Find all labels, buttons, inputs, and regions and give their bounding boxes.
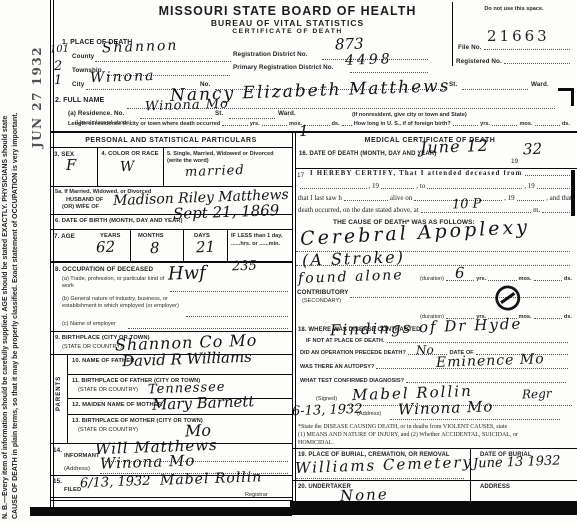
blank-line — [534, 317, 562, 319]
alive-on-label: alive on — [390, 194, 412, 202]
undertaker-address-label: ADDRESS — [480, 484, 510, 490]
county-value: Shannon — [102, 39, 179, 56]
marital-value: married — [185, 164, 245, 179]
date-of-death-label: 16. DATE OF DEATH (MONTH, DAY AND YEAR) — [299, 151, 436, 157]
county-label: County — [72, 53, 94, 60]
father-value: David R Williams — [122, 350, 252, 370]
margin-mark-township: 2 — [54, 60, 63, 73]
informant-no: 14. — [53, 447, 62, 454]
scan-artifact-bar-left — [30, 507, 292, 516]
blank-line — [296, 477, 464, 479]
scan-artifact — [571, 88, 574, 106]
mother-birthplace-state-label: (STATE OR COUNTRY) — [78, 427, 138, 433]
blank-line — [453, 124, 478, 126]
occupation-a-label: (a) Trade, profession, or particular kin… — [62, 276, 170, 291]
header-divider — [452, 2, 453, 66]
parents-label: PARENTS — [56, 381, 62, 411]
last-saw-label: that I last saw h — [298, 194, 342, 202]
blank-line — [350, 296, 570, 298]
marital-label: 5. Single, Married, Widowed or Divorced … — [167, 151, 289, 164]
file-no-label: File No. — [458, 44, 482, 51]
rule — [50, 229, 292, 230]
city-label: City — [72, 81, 84, 88]
howlong-label: How long in U. S., if of foreign birth? — [354, 121, 451, 127]
date-of-death-value: June 12 — [420, 138, 489, 156]
rule — [50, 186, 292, 187]
form-title: MISSOURI STATE BOARD OF HEALTH — [120, 4, 455, 18]
blank-line — [484, 48, 570, 50]
rule — [67, 414, 292, 415]
physician-title: Regr — [522, 387, 552, 400]
scan-artifact — [571, 170, 575, 216]
ds-label: ds. — [562, 121, 570, 127]
footnote-line-2: (1) MEANS AND NATURE OF INJURY, and (2) … — [298, 432, 518, 438]
filed-no: 15. — [53, 478, 62, 485]
form-certificate: CERTIFICATE OF DEATH — [120, 28, 455, 35]
footnote-line-3: HOMICIDAL. — [298, 440, 334, 446]
blank-line — [344, 199, 388, 201]
cell-divider — [227, 229, 228, 262]
length-label: Length of residence in city or town wher… — [68, 121, 220, 127]
mother-birthplace-label: 13. BIRTHPLACE OF MOTHER (CITY OR TOWN) — [72, 418, 203, 424]
rule — [295, 168, 577, 169]
blank-line — [462, 88, 528, 90]
informant-address-value: Winona Mo — [100, 453, 196, 471]
reg-district-label: Registration District No. — [233, 51, 308, 58]
autopsy-value: Eminence Mo — [436, 352, 545, 370]
occupation-heading: 8. OCCUPATION OF DECEASED — [55, 266, 153, 273]
death-certificate-scan: N. B.—Every item of information should b… — [0, 0, 577, 524]
blank-line — [262, 124, 287, 126]
certify-no: 17 — [297, 172, 304, 179]
filed-date-value: 6/13, 1932 — [80, 475, 151, 490]
blank-line — [390, 418, 560, 420]
operation-value: No — [416, 344, 434, 357]
where-contracted-row-2: IF NOT AT PLACE OF DEATH. — [306, 338, 570, 344]
nonresident-note: (If nonresident, give city or town and S… — [352, 112, 467, 118]
file-no-row: File No. — [458, 44, 572, 51]
informant-address-label: (Address) — [64, 466, 90, 472]
occupation-a-value: Hwf — [168, 264, 206, 283]
rule — [67, 374, 292, 375]
yrs-label: yrs. — [476, 276, 486, 282]
printed-19: , 19 — [504, 194, 515, 202]
city-value: Winona — [90, 69, 156, 85]
margin-note-1: N. B.—Every item of information should b… — [2, 116, 9, 519]
blank-line — [95, 60, 231, 62]
mos-label: mos. — [519, 121, 532, 127]
registered-no-label: Registered No. — [456, 58, 502, 65]
personal-heading: PERSONAL AND STATISTICAL PARTICULARS — [50, 137, 292, 144]
signed-label: (Signed) — [316, 396, 337, 402]
spouse-label-2: HUSBAND OF — [66, 197, 103, 203]
blank-line — [492, 124, 517, 126]
file-number-stamp: 21663 — [487, 27, 550, 45]
certify-line-3: that I last saw h alive on , 19 , and th… — [298, 194, 572, 202]
margin-note-2: CAUSE OF DEATH in plain terms, so that i… — [12, 113, 19, 519]
do-not-use-note: Do not use this space. — [458, 6, 570, 12]
printed-19: , 19 — [524, 182, 535, 190]
contributory-label: CONTRIBUTORY — [297, 289, 349, 296]
blank-line — [381, 187, 414, 189]
blank-line — [140, 117, 212, 119]
city-ward-label: Ward. — [531, 81, 549, 88]
footnote-line-1: *State the DISEASE CAUSING DEATH, or in … — [298, 424, 507, 430]
cell-divider — [130, 229, 131, 262]
age-less-label: IF LESS than 1 day, ......hrs. or ......… — [231, 233, 290, 249]
secondary-label: (SECONDARY) — [302, 298, 341, 304]
color-race-value: W — [120, 160, 135, 174]
to-label: , to — [416, 182, 425, 190]
blank-line — [350, 71, 428, 73]
cell-divider — [97, 147, 98, 186]
birthplace-state-label: (STATE OR COUNTRY) — [62, 344, 122, 350]
rule — [50, 500, 292, 501]
section-divider — [50, 131, 577, 133]
certify-line-4: death occurred, on the date stated above… — [298, 206, 572, 214]
spouse-label-3: (OR) WIFE OF — [62, 204, 99, 210]
filed-label: FILED — [64, 487, 81, 493]
occupation-b-label: (b) General nature of industry, business… — [62, 296, 180, 311]
mother-label: 12. MAIDEN NAME OF MOTHER — [72, 402, 162, 408]
blank-line — [504, 62, 570, 64]
date-stamp: JUN 27 1932 — [30, 46, 44, 148]
rule — [292, 480, 577, 481]
blank-line — [128, 327, 288, 329]
column-divider — [292, 133, 293, 501]
test-label: WHAT TEST CONFIRMED DIAGNOSIS? — [300, 378, 404, 384]
full-name-label: 2. FULL NAME — [55, 97, 104, 104]
blank-line — [537, 187, 570, 189]
blank-line — [427, 187, 522, 189]
sex-value: F — [66, 158, 77, 173]
where-contracted-label-2: IF NOT AT PLACE OF DEATH. — [306, 338, 385, 344]
and-that-label: , and that — [546, 194, 572, 202]
blank-line — [186, 315, 288, 317]
reg-district-value: 873 — [335, 37, 364, 53]
registered-no-row: Registered No. — [456, 58, 572, 65]
death-occurred-label: death occurred, on the date stated above… — [298, 206, 419, 214]
blank-line — [387, 341, 568, 343]
blank-line — [296, 264, 570, 266]
cell-divider — [163, 147, 164, 186]
form-bureau: BUREAU OF VITAL STATISTICS — [120, 18, 455, 28]
form-border — [50, 0, 51, 507]
occupation-c-label: (c) Name of employer — [62, 321, 116, 327]
blank-line — [222, 124, 247, 126]
signed-address-value: Winona Mo — [398, 399, 494, 417]
dob-value: Sept 21, 1869 — [173, 203, 280, 222]
m-label: m. — [533, 206, 540, 214]
autopsy-label: WAS THERE AN AUTOPSY? — [300, 364, 374, 370]
occupation-code: 235 — [232, 260, 257, 274]
age-years-value: 62 — [96, 240, 116, 256]
rule — [292, 448, 577, 449]
signed-address-label: (Address) — [357, 411, 381, 417]
rule — [50, 497, 292, 498]
age-days-value: 21 — [196, 240, 216, 256]
column-divider-inner — [295, 133, 296, 501]
yrs-label: yrs. — [250, 121, 260, 127]
date-of-death-year: 32 — [523, 142, 543, 158]
primary-district-label: Primary Registration District No. — [233, 64, 334, 71]
blank-line — [525, 174, 570, 176]
blank-line — [517, 199, 544, 201]
printed-19: , 19 — [369, 182, 380, 190]
blank-line — [170, 290, 288, 292]
certify-line-2: , 19 , to , 19 — [298, 182, 572, 190]
length-of-residence-row: Length of residence in city or town wher… — [68, 121, 570, 127]
certify-intro-row: I HEREBY CERTIFY, That I attended deceas… — [310, 170, 572, 177]
ds-label: ds. — [564, 314, 572, 320]
ds-label: ds. — [564, 276, 572, 282]
age-months-value: 8 — [150, 241, 160, 256]
color-race-label: 4. COLOR OR RACE — [99, 151, 161, 157]
scan-artifact-bar-right — [290, 501, 577, 515]
burial-date-value: June 13 1932 — [473, 454, 561, 470]
blank-line — [534, 279, 562, 281]
blank-line — [300, 187, 367, 189]
age-label: 7. AGE — [54, 233, 75, 240]
blank-line — [342, 124, 352, 126]
blank-line — [535, 124, 560, 126]
where-contracted-value: Findings of Dr Hyde — [330, 317, 523, 339]
rule — [50, 147, 292, 148]
burial-place-value: Williams Cemetery — [295, 455, 473, 476]
cause-line-3: found alone — [298, 268, 404, 286]
dob-label: 6. DATE OF BIRTH (MONTH, DAY AND YEAR) — [55, 218, 183, 224]
duration-label: (duration) — [420, 276, 444, 282]
signed-date-value: 6-13, 1932 — [292, 403, 363, 418]
certify-intro: I HEREBY CERTIFY, That I attended deceas… — [310, 170, 523, 177]
operation-label: DID AN OPERATION PRECEDE DEATH? — [300, 350, 406, 356]
blank-line — [229, 117, 275, 119]
yrs-label: yrs. — [480, 121, 490, 127]
death-time-value: 10 P — [452, 197, 482, 211]
father-birthplace-state-label: (STATE OR COUNTRY) — [78, 387, 138, 393]
blank-line — [542, 211, 570, 213]
none-mark: ⊘ — [489, 276, 527, 319]
residence-ward-label: Ward. — [278, 110, 296, 117]
mother-value: Mary Barnett — [152, 394, 255, 413]
printed-19: 19 — [511, 158, 518, 165]
residence-label: (a) Residence. No. — [68, 110, 124, 117]
duration-value: 6 — [455, 266, 465, 281]
margin-mark-county: 101 — [50, 45, 69, 56]
residence-st-label: St. — [215, 110, 223, 117]
margin-mark-city: 1 — [54, 74, 63, 87]
primary-district-value: 4498 — [345, 52, 393, 68]
cell-divider — [183, 229, 184, 262]
ds-label: ds. — [332, 121, 340, 127]
registrar-signature: Mabel Rollin — [160, 470, 263, 488]
age-months-label: MONTHS — [138, 233, 164, 239]
